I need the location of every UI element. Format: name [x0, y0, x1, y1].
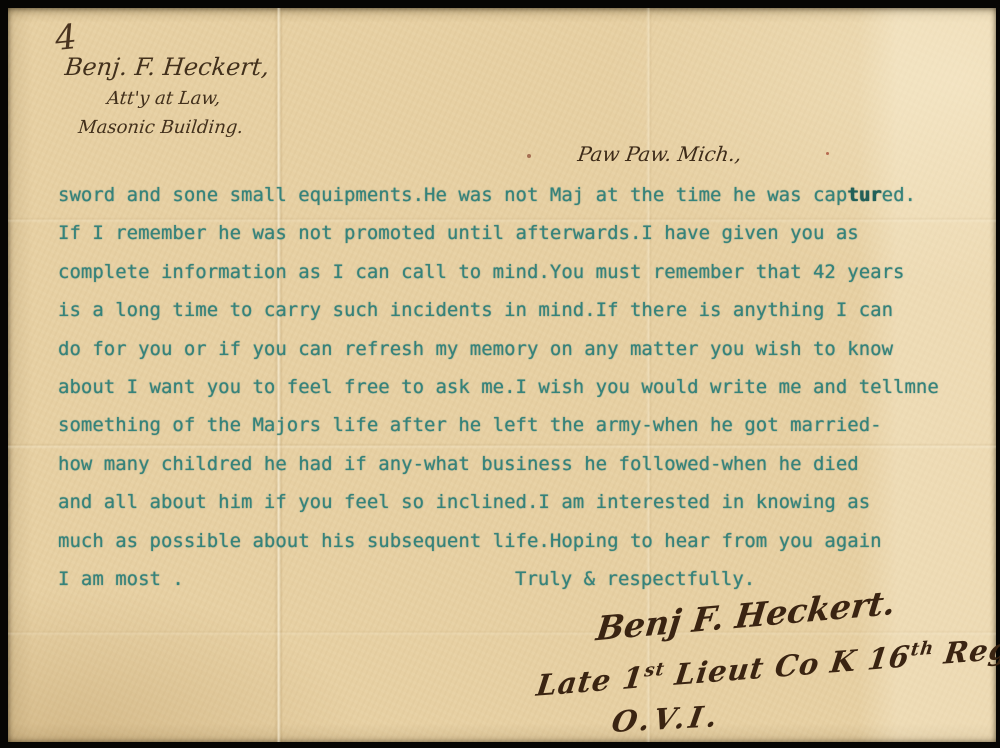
horizontal-crease-bottom — [8, 630, 996, 636]
typed-line: how many childred he had if any-what bus… — [58, 445, 939, 483]
text-segment: is a long time to carry such incidents i… — [58, 299, 893, 321]
closing-text: Truly & respectfully. — [515, 560, 755, 598]
text-segment: Reg — [931, 631, 1000, 671]
ink-speck — [826, 152, 829, 155]
letterhead-building: Masonic Building. — [43, 113, 278, 142]
text-segment: th — [909, 638, 935, 661]
typed-line: much as possible about his subsequent li… — [58, 522, 939, 560]
typed-letter-body: sword and sone small equipments.He was n… — [58, 176, 939, 560]
text-segment: Lieut Co K 16 — [662, 639, 912, 693]
text-segment: much as possible about his subsequent li… — [58, 530, 882, 552]
text-segment: and all about him if you feel so incline… — [58, 491, 870, 513]
typed-line: is a long time to carry such incidents i… — [58, 291, 939, 329]
typed-line: do for you or if you can refresh my memo… — [58, 330, 939, 368]
letterhead: Benj. F. Heckert, Att'y at Law, Masonic … — [43, 50, 285, 142]
typed-line: about I want you to feel free to ask me.… — [58, 368, 939, 406]
text-segment: If I remember he was not promoted until … — [58, 222, 859, 244]
text-segment: sword and sone small equipments.He was n… — [58, 184, 847, 206]
typed-line: something of the Majors life after he le… — [58, 406, 939, 444]
ink-speck — [527, 154, 531, 158]
text-segment: complete information as I can call to mi… — [58, 261, 904, 283]
typed-line: complete information as I can call to mi… — [58, 253, 939, 291]
text-segment: Late 1 — [534, 660, 646, 703]
text-segment: ed. — [882, 184, 916, 206]
letterhead-name: Benj. F. Heckert, — [49, 50, 285, 84]
text-segment: something of the Majors life after he le… — [58, 414, 882, 436]
text-segment: tur — [847, 184, 881, 206]
text-segment: how many childred he had if any-what bus… — [58, 453, 859, 475]
signature-unit: O.V.I. — [609, 699, 723, 739]
letterhead-title: Att'y at Law, — [46, 84, 281, 113]
signoff-text: I am most . — [58, 560, 184, 598]
typed-line: sword and sone small equipments.He was n… — [58, 176, 939, 214]
typed-line: and all about him if you feel so incline… — [58, 483, 939, 521]
typed-line: If I remember he was not promoted until … — [58, 214, 939, 252]
text-segment: about I want you to feel free to ask me.… — [58, 376, 939, 398]
dateline: Paw Paw. Mich., — [576, 142, 743, 166]
letter-paper: 4 Benj. F. Heckert, Att'y at Law, Masoni… — [8, 8, 996, 742]
text-segment: do for you or if you can refresh my memo… — [58, 338, 893, 360]
